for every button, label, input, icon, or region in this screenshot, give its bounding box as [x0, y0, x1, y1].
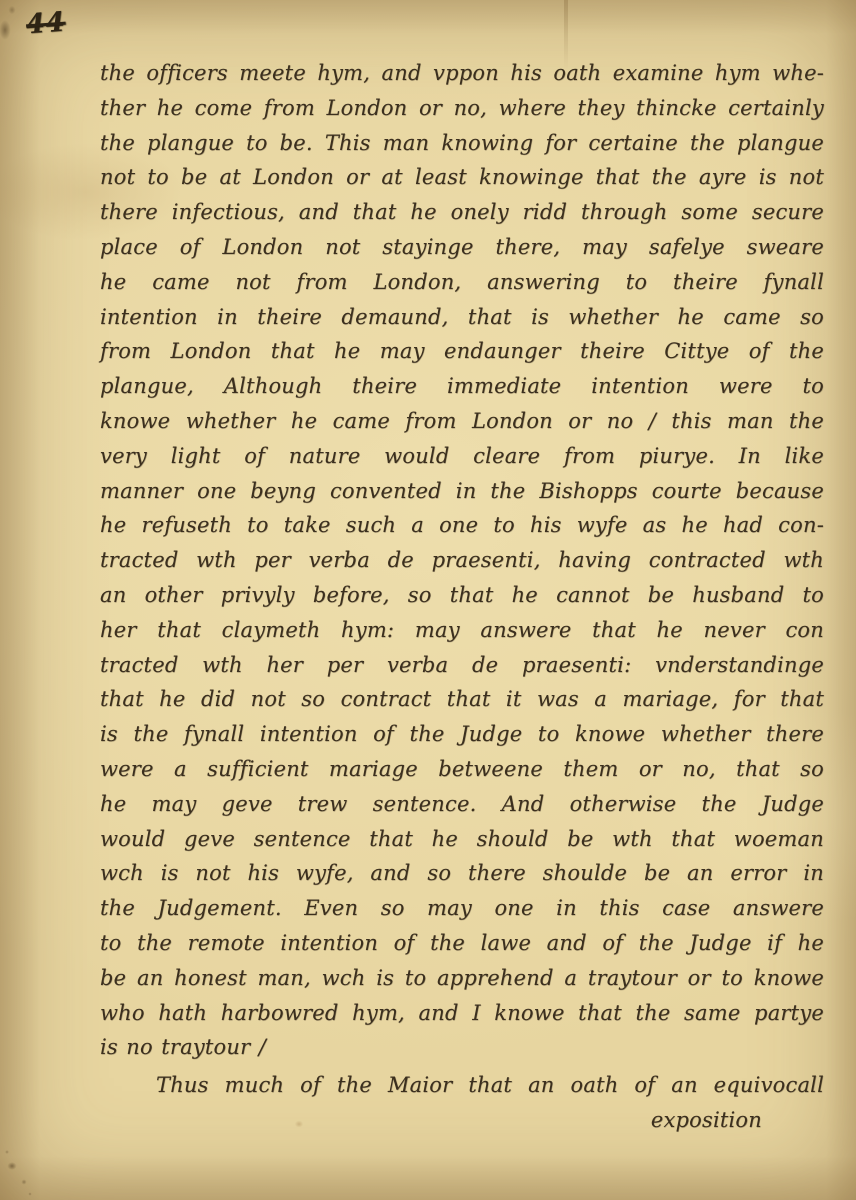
manuscript-line: be an honest man, wch is to apprehend a …: [100, 961, 824, 996]
manuscript-line: would geve sentence that he should be wt…: [100, 822, 824, 857]
manuscript-line: he refuseth to take such a one to his wy…: [100, 508, 824, 543]
manuscript-line: place of London not stayinge there, may …: [100, 230, 824, 265]
manuscript-line: who hath harbowred hym, and I knowe that…: [100, 996, 824, 1031]
manuscript-line: he came not from London, answering to th…: [100, 265, 824, 300]
manuscript-line: an other privyly before, so that he cann…: [100, 578, 824, 613]
manuscript-page: 44 the officers meete hym, and vppon his…: [0, 0, 856, 1200]
manuscript-line: that he did not so contract that it was …: [100, 682, 824, 717]
manuscript-line: were a sufficient mariage betweene them …: [100, 752, 824, 787]
manuscript-line: the officers meete hym, and vppon his oa…: [100, 56, 824, 91]
manuscript-line: not to be at London or at least knowinge…: [100, 160, 824, 195]
manuscript-line: he may geve trew sentence. And otherwise…: [100, 787, 824, 822]
manuscript-line: tracted wth per verba de praesenti, havi…: [100, 543, 824, 578]
manuscript-line: from London that he may endaunger theire…: [100, 334, 824, 369]
manuscript-line: is no traytour /: [100, 1030, 824, 1065]
manuscript-text: the officers meete hym, and vppon his oa…: [100, 56, 824, 1137]
ink-speckles-bottom-left: [0, 1070, 70, 1200]
manuscript-line: the plangue to be. This man knowing for …: [100, 126, 824, 161]
manuscript-line: to the remote intention of the lawe and …: [100, 926, 824, 961]
manuscript-line: knowe whether he came from London or no …: [100, 404, 824, 439]
manuscript-line: there infectious, and that he onely ridd…: [100, 195, 824, 230]
catchword: exposition: [100, 1103, 824, 1137]
manuscript-line: tracted wth her per verba de praesenti: …: [100, 648, 824, 683]
manuscript-line: is the fynall intention of the Judge to …: [100, 717, 824, 752]
closing-line: Thus much of the Maior that an oath of a…: [100, 1067, 824, 1103]
manuscript-line: ther he come from London or no, where th…: [100, 91, 824, 126]
manuscript-line: plangue, Although theire immediate inten…: [100, 369, 824, 404]
manuscript-line: her that claymeth hym: may answere that …: [100, 613, 824, 648]
manuscript-line: very light of nature would cleare from p…: [100, 439, 824, 474]
manuscript-line: wch is not his wyfe, and so there should…: [100, 856, 824, 891]
manuscript-line: intention in theire demaund, that is whe…: [100, 300, 824, 335]
page-number: 44: [25, 7, 67, 41]
manuscript-line: the Judgement. Even so may one in this c…: [100, 891, 824, 926]
manuscript-line: manner one beyng convented in the Bishop…: [100, 474, 824, 509]
